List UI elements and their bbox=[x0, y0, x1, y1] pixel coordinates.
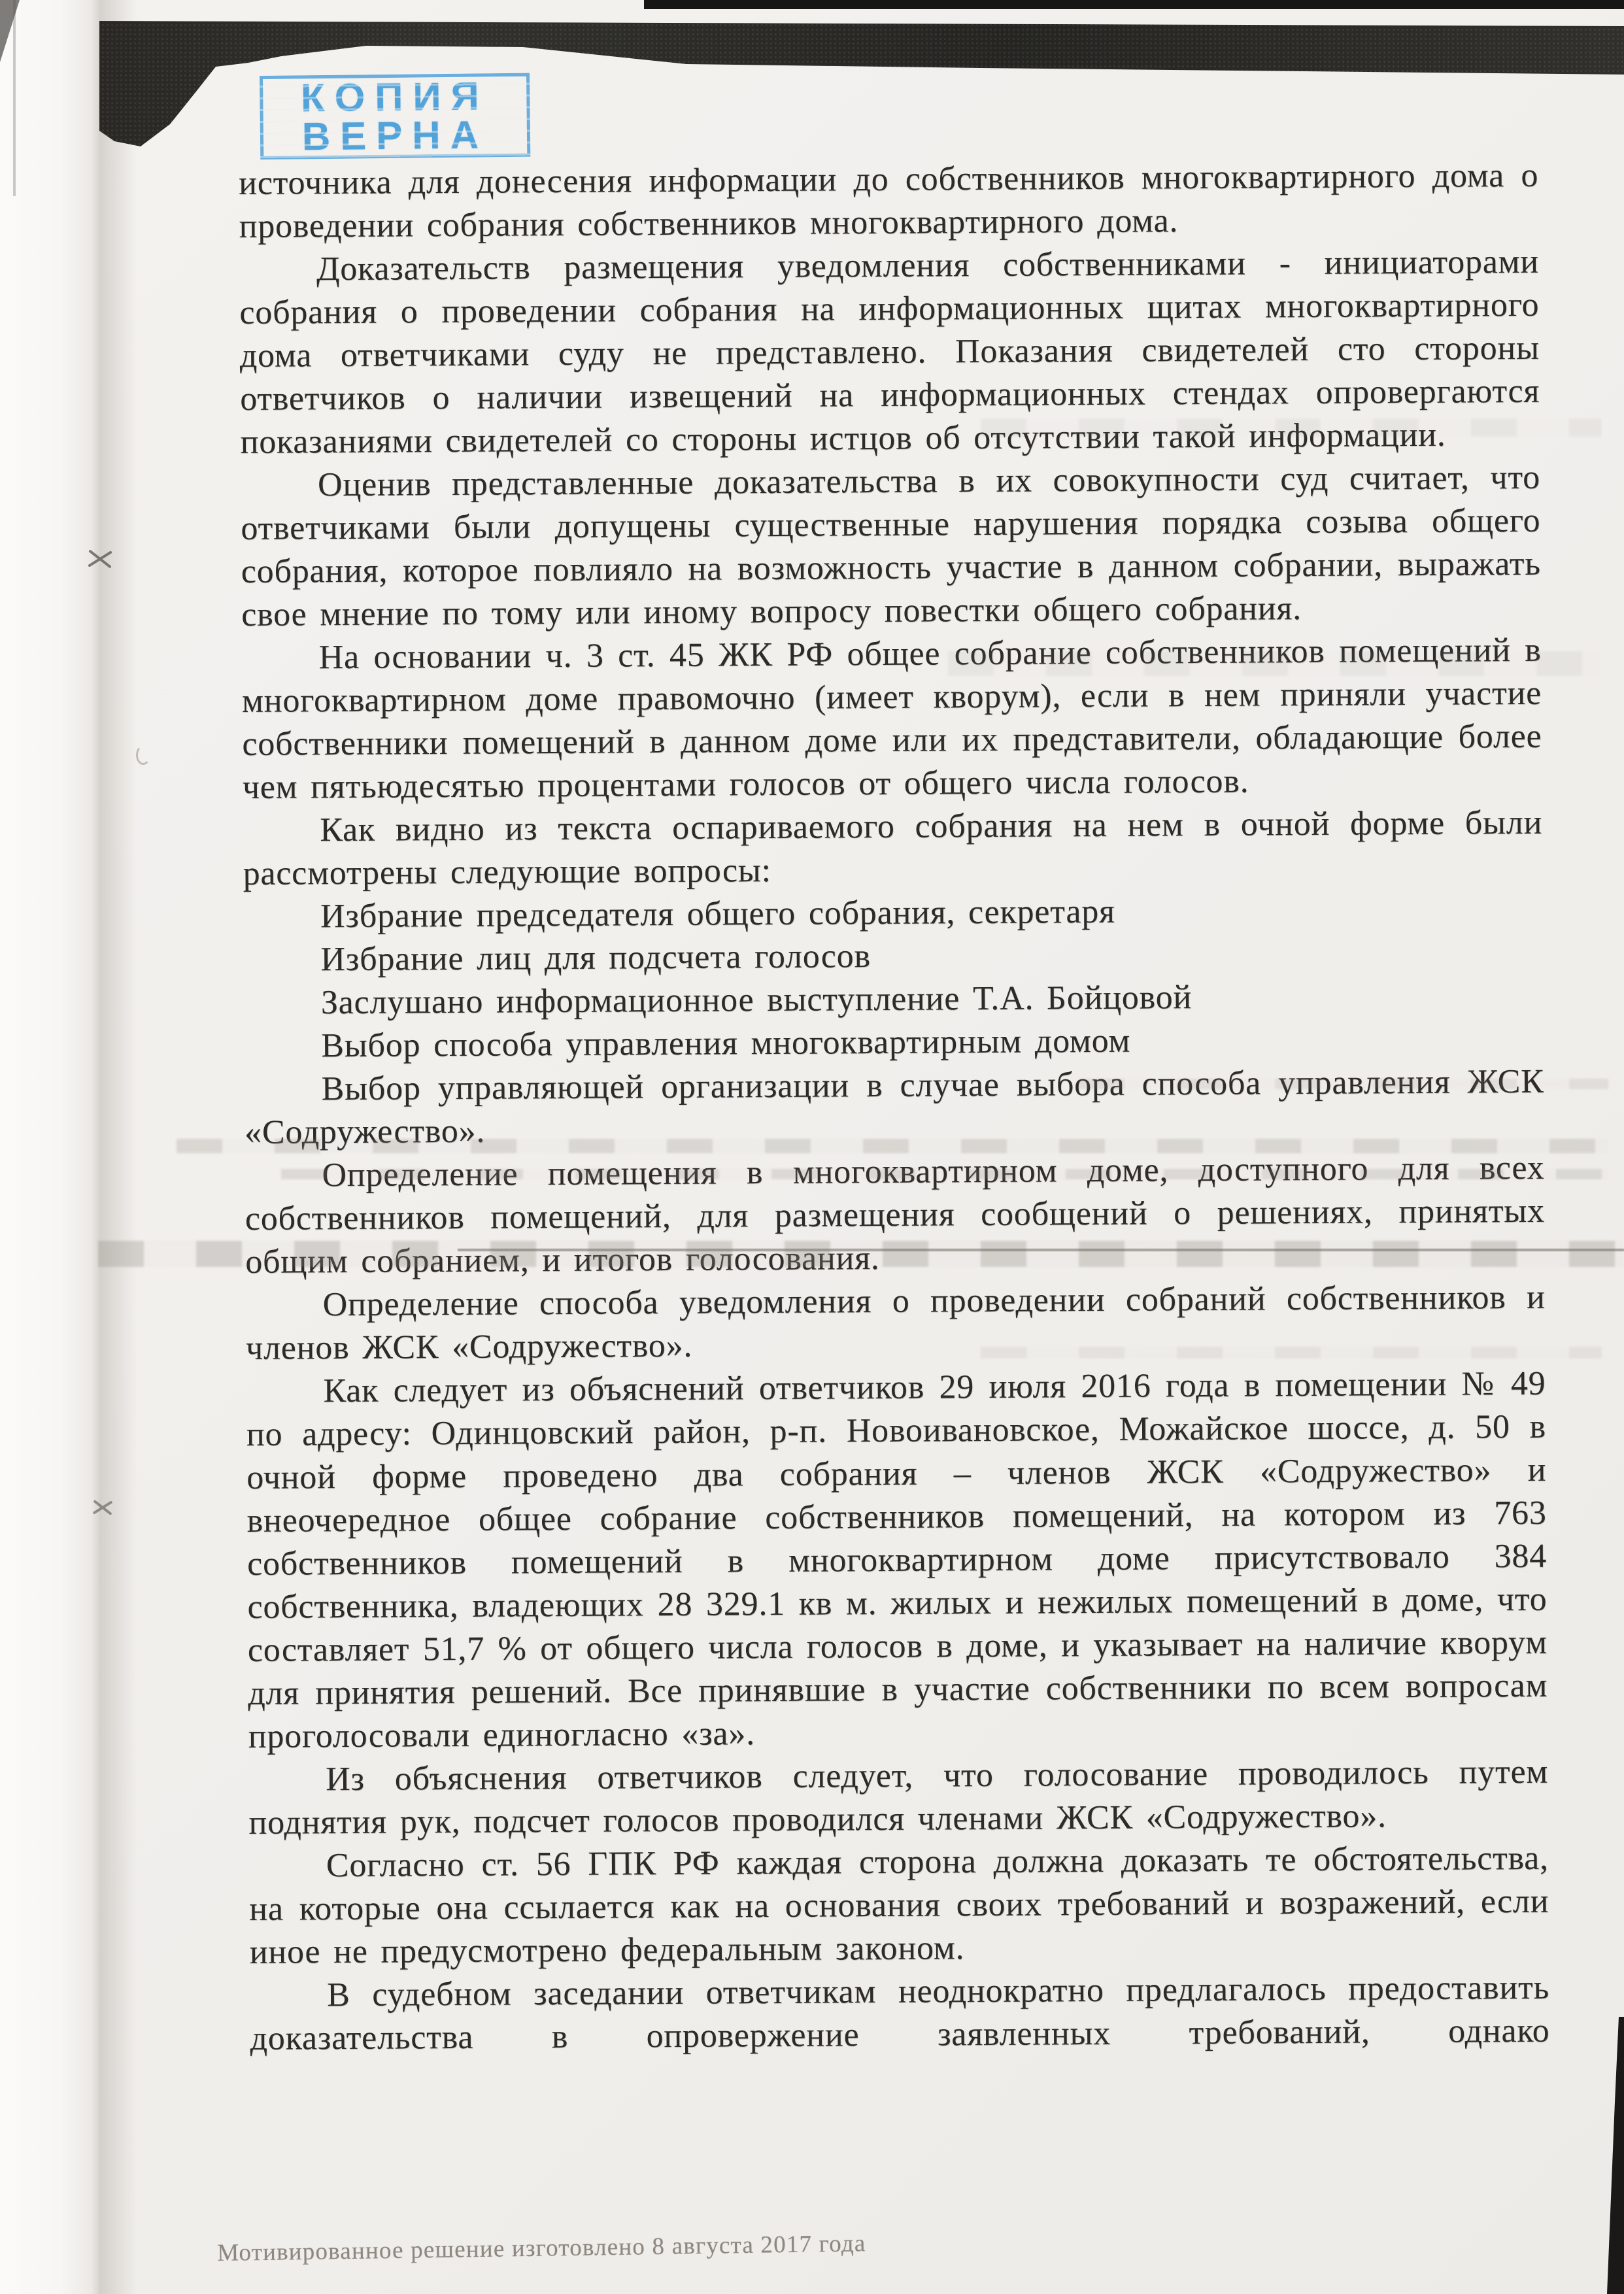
paragraph-court-session: В судебном заседании ответчикам неоднокр… bbox=[250, 1966, 1550, 2061]
scan-top-edge-strip bbox=[644, 0, 1624, 9]
scanned-court-decision-page: КОПИЯ ВЕРНА источника для донесения инфо… bbox=[0, 0, 1624, 2294]
paragraph-agenda-intro: Как видно из текста оспариваемого собран… bbox=[243, 801, 1543, 896]
stamp-word-verna: ВЕРНА bbox=[263, 115, 528, 156]
decision-body-text: источника для донесения информации до со… bbox=[239, 154, 1550, 2061]
fold-line bbox=[99, 0, 137, 2294]
agenda-item-counters: Избрание лиц для подсчета голосов bbox=[243, 931, 1543, 982]
paragraph-gpk-56: Согласно ст. 56 ГПК РФ каждая сторона до… bbox=[249, 1837, 1549, 1974]
scan-streak-line bbox=[458, 1249, 1624, 1251]
agenda-item-management-org: Выбор управляющей организации в случае в… bbox=[244, 1060, 1544, 1155]
paragraph-court-assessment: Оценив представленные доказательства в и… bbox=[241, 456, 1542, 637]
paragraph-premises-definition: Определение помещения в многоквартирном … bbox=[245, 1147, 1545, 1284]
agenda-item-chairman: Избрание председателя общего собрания, с… bbox=[243, 888, 1543, 939]
agenda-item-speech: Заслушано информационное выступление Т.А… bbox=[244, 974, 1544, 1025]
paragraph-evidence: Доказательств размещения уведомления соб… bbox=[239, 241, 1540, 464]
paragraph-meeting-facts: Как следует из объяснений ответчиков 29 … bbox=[246, 1362, 1548, 1759]
scan-edge-line bbox=[13, 0, 16, 196]
paragraph-law-basis: На основании ч. 3 ст. 45 ЖК РФ общее соб… bbox=[241, 629, 1542, 809]
copy-verified-stamp: КОПИЯ ВЕРНА bbox=[260, 73, 530, 160]
paragraph-continuation: источника для донесения информации до со… bbox=[239, 154, 1539, 248]
paragraph-notification-method: Определение способа уведомления о провед… bbox=[245, 1276, 1546, 1370]
stamp-word-kopiya: КОПИЯ bbox=[263, 76, 527, 118]
paragraph-voting-procedure: Из объяснения ответчиков следует, что го… bbox=[248, 1751, 1549, 1845]
agenda-item-management-method: Выбор способа управления многоквартирным… bbox=[244, 1017, 1544, 1068]
page-edge-strip bbox=[0, 0, 99, 2294]
